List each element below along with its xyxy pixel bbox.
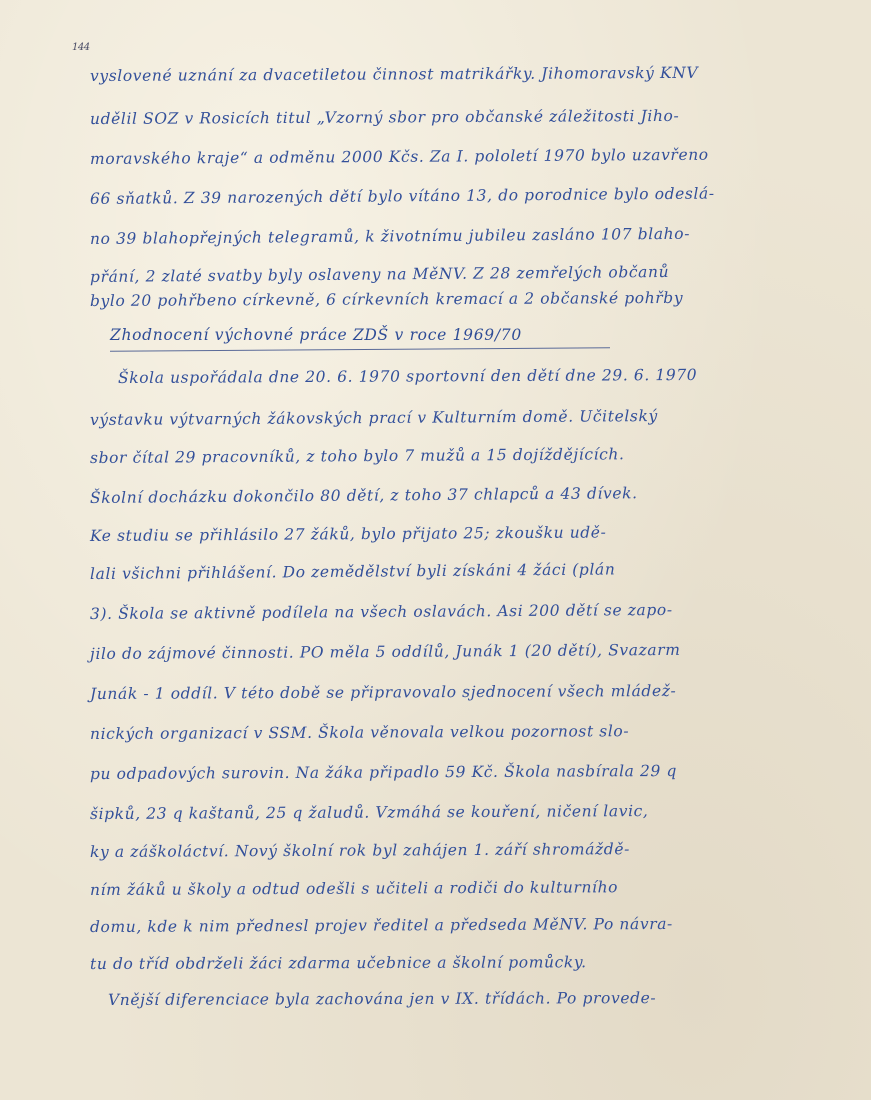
paragraph-line: tu do tříd obdrželi žáci zdarma učebnice…: [90, 953, 587, 973]
text-line: moravského kraje“ a odměnu 2000 Kčs. Za …: [90, 146, 709, 168]
paragraph-line: jilo do zájmové činnosti. PO měla 5 oddí…: [90, 641, 681, 663]
paragraph-line: šipků, 23 q kaštanů, 25 q žaludů. Vzmáhá…: [90, 802, 649, 823]
paragraph-line: Školní docházku dokončilo 80 dětí, z toh…: [90, 484, 638, 507]
paragraph-line: ním žáků u školy a odtud odešli s učitel…: [90, 878, 618, 899]
paragraph-line: Ke studiu se přihlásilo 27 žáků, bylo př…: [90, 523, 607, 545]
paragraph-line: Vnější diferenciace byla zachována jen v…: [108, 989, 656, 1009]
text-line: no 39 blahopřejných telegramů, k životní…: [90, 225, 690, 248]
text-line: přání, 2 zlaté svatby byly oslaveny na M…: [90, 263, 669, 286]
heading-underline: [110, 347, 610, 351]
paragraph-line: 3). Škola se aktivně podílela na všech o…: [90, 601, 673, 623]
paragraph-line: lali všichni přihlášení. Do zemědělství …: [90, 560, 616, 583]
paragraph-line: Junák - 1 oddíl. V této době se připravo…: [90, 682, 676, 703]
text-line: bylo 20 pohřbeno církevně, 6 církevních …: [90, 289, 683, 310]
paragraph-line: výstavku výtvarných žákovských prací v K…: [90, 407, 658, 429]
paragraph-line: ky a záškoláctví. Nový školní rok byl za…: [90, 840, 630, 861]
paragraph-line: domu, kde k nim přednesl projev ředitel …: [90, 915, 673, 936]
handwritten-page: 144 vyslovené uznání za dvacetiletou čin…: [0, 0, 871, 1100]
paragraph-line: pu odpadových surovin. Na žáka připadlo …: [90, 762, 677, 783]
paragraph-line: Škola uspořádala dne 20. 6. 1970 sportov…: [118, 366, 697, 387]
text-line: udělil SOZ v Rosicích titul „Vzorný sbor…: [90, 107, 679, 128]
paragraph-line: sbor čítal 29 pracovníků, z toho bylo 7 …: [90, 445, 625, 467]
paragraph-line: nických organizací v SSM. Škola věnovala…: [90, 722, 629, 743]
page-number: 144: [72, 42, 90, 53]
text-line: 66 sňatků. Z 39 narozených dětí bylo vít…: [90, 185, 715, 208]
text-line: vyslovené uznání za dvacetiletou činnost…: [90, 64, 698, 85]
section-heading: Zhodnocení výchovné práce ZDŠ v roce 196…: [110, 326, 522, 344]
